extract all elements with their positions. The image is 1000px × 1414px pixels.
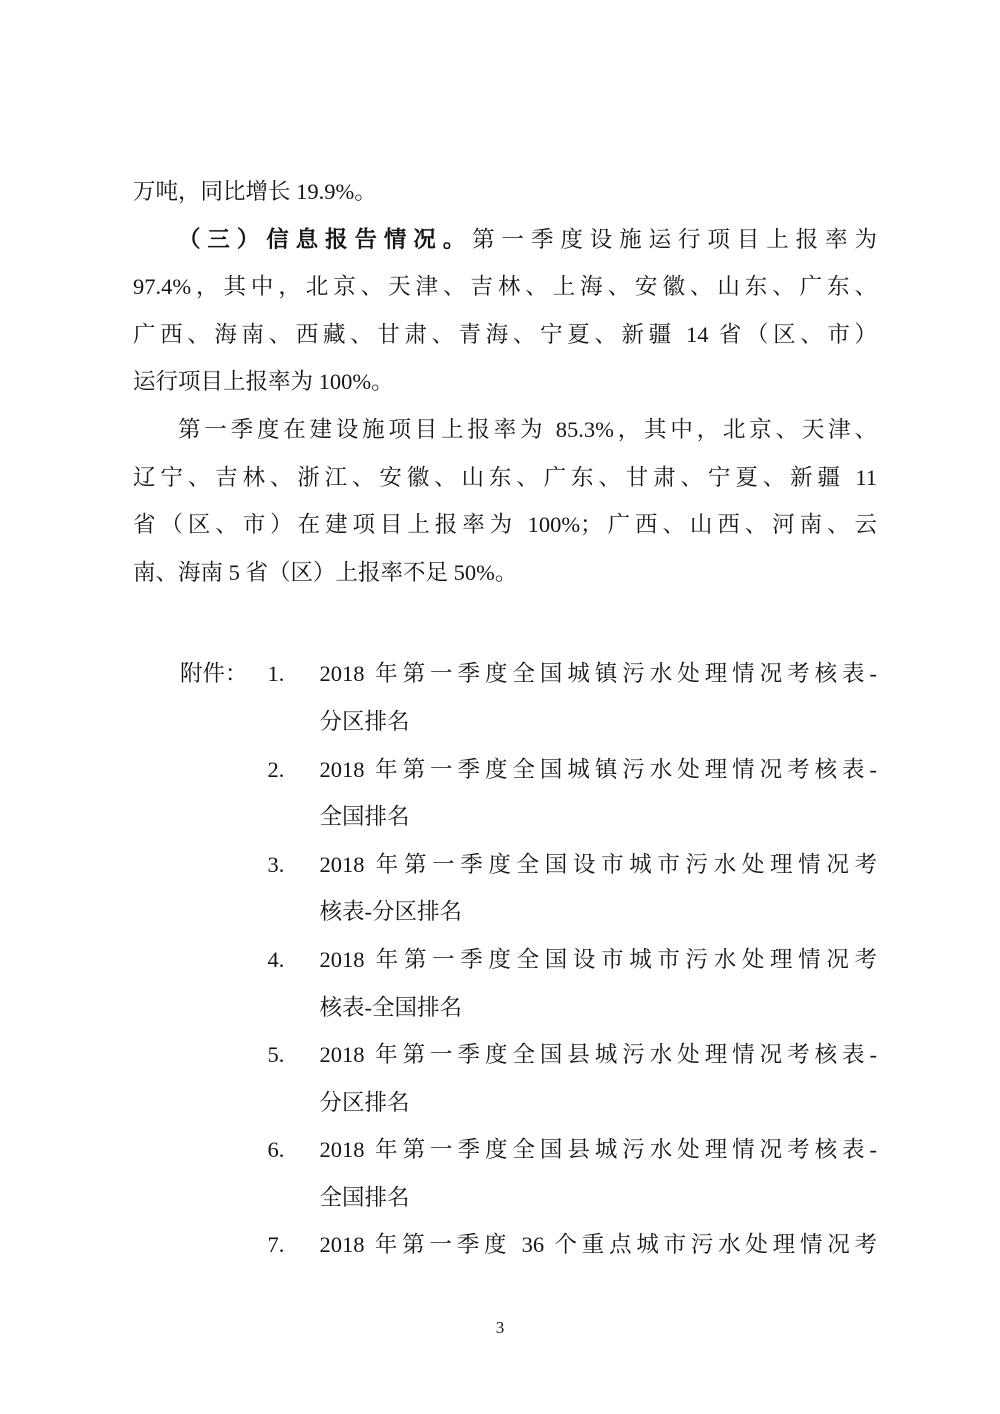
document-page: 万吨，同比增长 19.9%。 （三）信息报告情况。第一季度设施运行项目上报率为 … xyxy=(0,0,1000,1414)
attachment-item: 7. 2018 年第一季度 36 个重点城市污水处理情况考 xyxy=(268,1221,877,1269)
paragraph-line: 省（区、市）在建项目上报率为 100%；广西、山西、河南、云 xyxy=(133,501,877,549)
attachment-number: 2. xyxy=(268,746,320,841)
attachment-item: 4. 2018 年第一季度全国设市城市污水处理情况考 核表-全国排名 xyxy=(268,936,877,1031)
attachment-number: 1. xyxy=(268,650,320,745)
attachment-title-line: 全国排名 xyxy=(320,1174,877,1222)
attachment-item: 5. 2018 年第一季度全国县城污水处理情况考核表- 分区排名 xyxy=(268,1031,877,1126)
attachment-title-line: 核表-全国排名 xyxy=(320,984,877,1032)
section-heading-line: （三）信息报告情况。第一季度设施运行项目上报率为 xyxy=(133,216,877,264)
attachment-title-line: 全国排名 xyxy=(320,793,877,841)
attachment-title-line: 分区排名 xyxy=(320,698,877,746)
attachment-title-line: 2018 年第一季度全国设市城市污水处理情况考 xyxy=(320,936,877,984)
attachment-item: 3. 2018 年第一季度全国设市城市污水处理情况考 核表-分区排名 xyxy=(268,841,877,936)
attachments-section: 附件： 1. 2018 年第一季度全国城镇污水处理情况考核表- 分区排名 2. … xyxy=(180,650,877,1269)
attachment-item: 2. 2018 年第一季度全国城镇污水处理情况考核表- 全国排名 xyxy=(268,746,877,841)
attachment-number: 6. xyxy=(268,1126,320,1221)
paragraph-line: 南、海南 5 省（区）上报率不足 50%。 xyxy=(133,549,877,597)
attachments-label: 附件： xyxy=(180,650,268,1269)
attachment-item: 1. 2018 年第一季度全国城镇污水处理情况考核表- 分区排名 xyxy=(268,650,877,745)
paragraph-line: 辽宁、吉林、浙江、安徽、山东、广东、甘肃、宁夏、新疆 11 xyxy=(133,454,877,502)
paragraph-continuation-line: 万吨，同比增长 19.9%。 xyxy=(133,168,877,216)
attachment-number: 4. xyxy=(268,936,320,1031)
attachment-title-line: 2018 年第一季度全国城镇污水处理情况考核表- xyxy=(320,746,877,794)
attachment-title-line: 2018 年第一季度全国县城污水处理情况考核表- xyxy=(320,1031,877,1079)
section-heading-rest-text: 第一季度设施运行项目上报率为 xyxy=(472,227,877,252)
attachment-title-line: 核表-分区排名 xyxy=(320,888,877,936)
attachment-title-line: 分区排名 xyxy=(320,1079,877,1127)
document-body: 万吨，同比增长 19.9%。 （三）信息报告情况。第一季度设施运行项目上报率为 … xyxy=(133,168,877,1269)
attachment-item: 6. 2018 年第一季度全国县城污水处理情况考核表- 全国排名 xyxy=(268,1126,877,1221)
section-heading: （三）信息报告情况。 xyxy=(178,227,472,252)
paragraph-line: 第一季度在建设施项目上报率为 85.3%，其中，北京、天津、 xyxy=(133,406,877,454)
attachments-list: 1. 2018 年第一季度全国城镇污水处理情况考核表- 分区排名 2. 2018… xyxy=(268,650,877,1269)
paragraph-line: 运行项目上报率为 100%。 xyxy=(133,358,877,406)
attachment-number: 7. xyxy=(268,1221,320,1269)
attachment-number: 5. xyxy=(268,1031,320,1126)
attachment-title-line: 2018 年第一季度全国县城污水处理情况考核表- xyxy=(320,1126,877,1174)
attachment-title-line: 2018 年第一季度全国设市城市污水处理情况考 xyxy=(320,841,877,889)
paragraph-line: 97.4%，其中，北京、天津、吉林、上海、安徽、山东、广东、 xyxy=(133,263,877,311)
paragraph-line: 广西、海南、西藏、甘肃、青海、宁夏、新疆 14 省（区、市） xyxy=(133,311,877,359)
attachment-number: 3. xyxy=(268,841,320,936)
attachment-title-line: 2018 年第一季度 36 个重点城市污水处理情况考 xyxy=(320,1221,877,1269)
attachment-title-line: 2018 年第一季度全国城镇污水处理情况考核表- xyxy=(320,650,877,698)
page-number: 3 xyxy=(0,1318,1000,1338)
